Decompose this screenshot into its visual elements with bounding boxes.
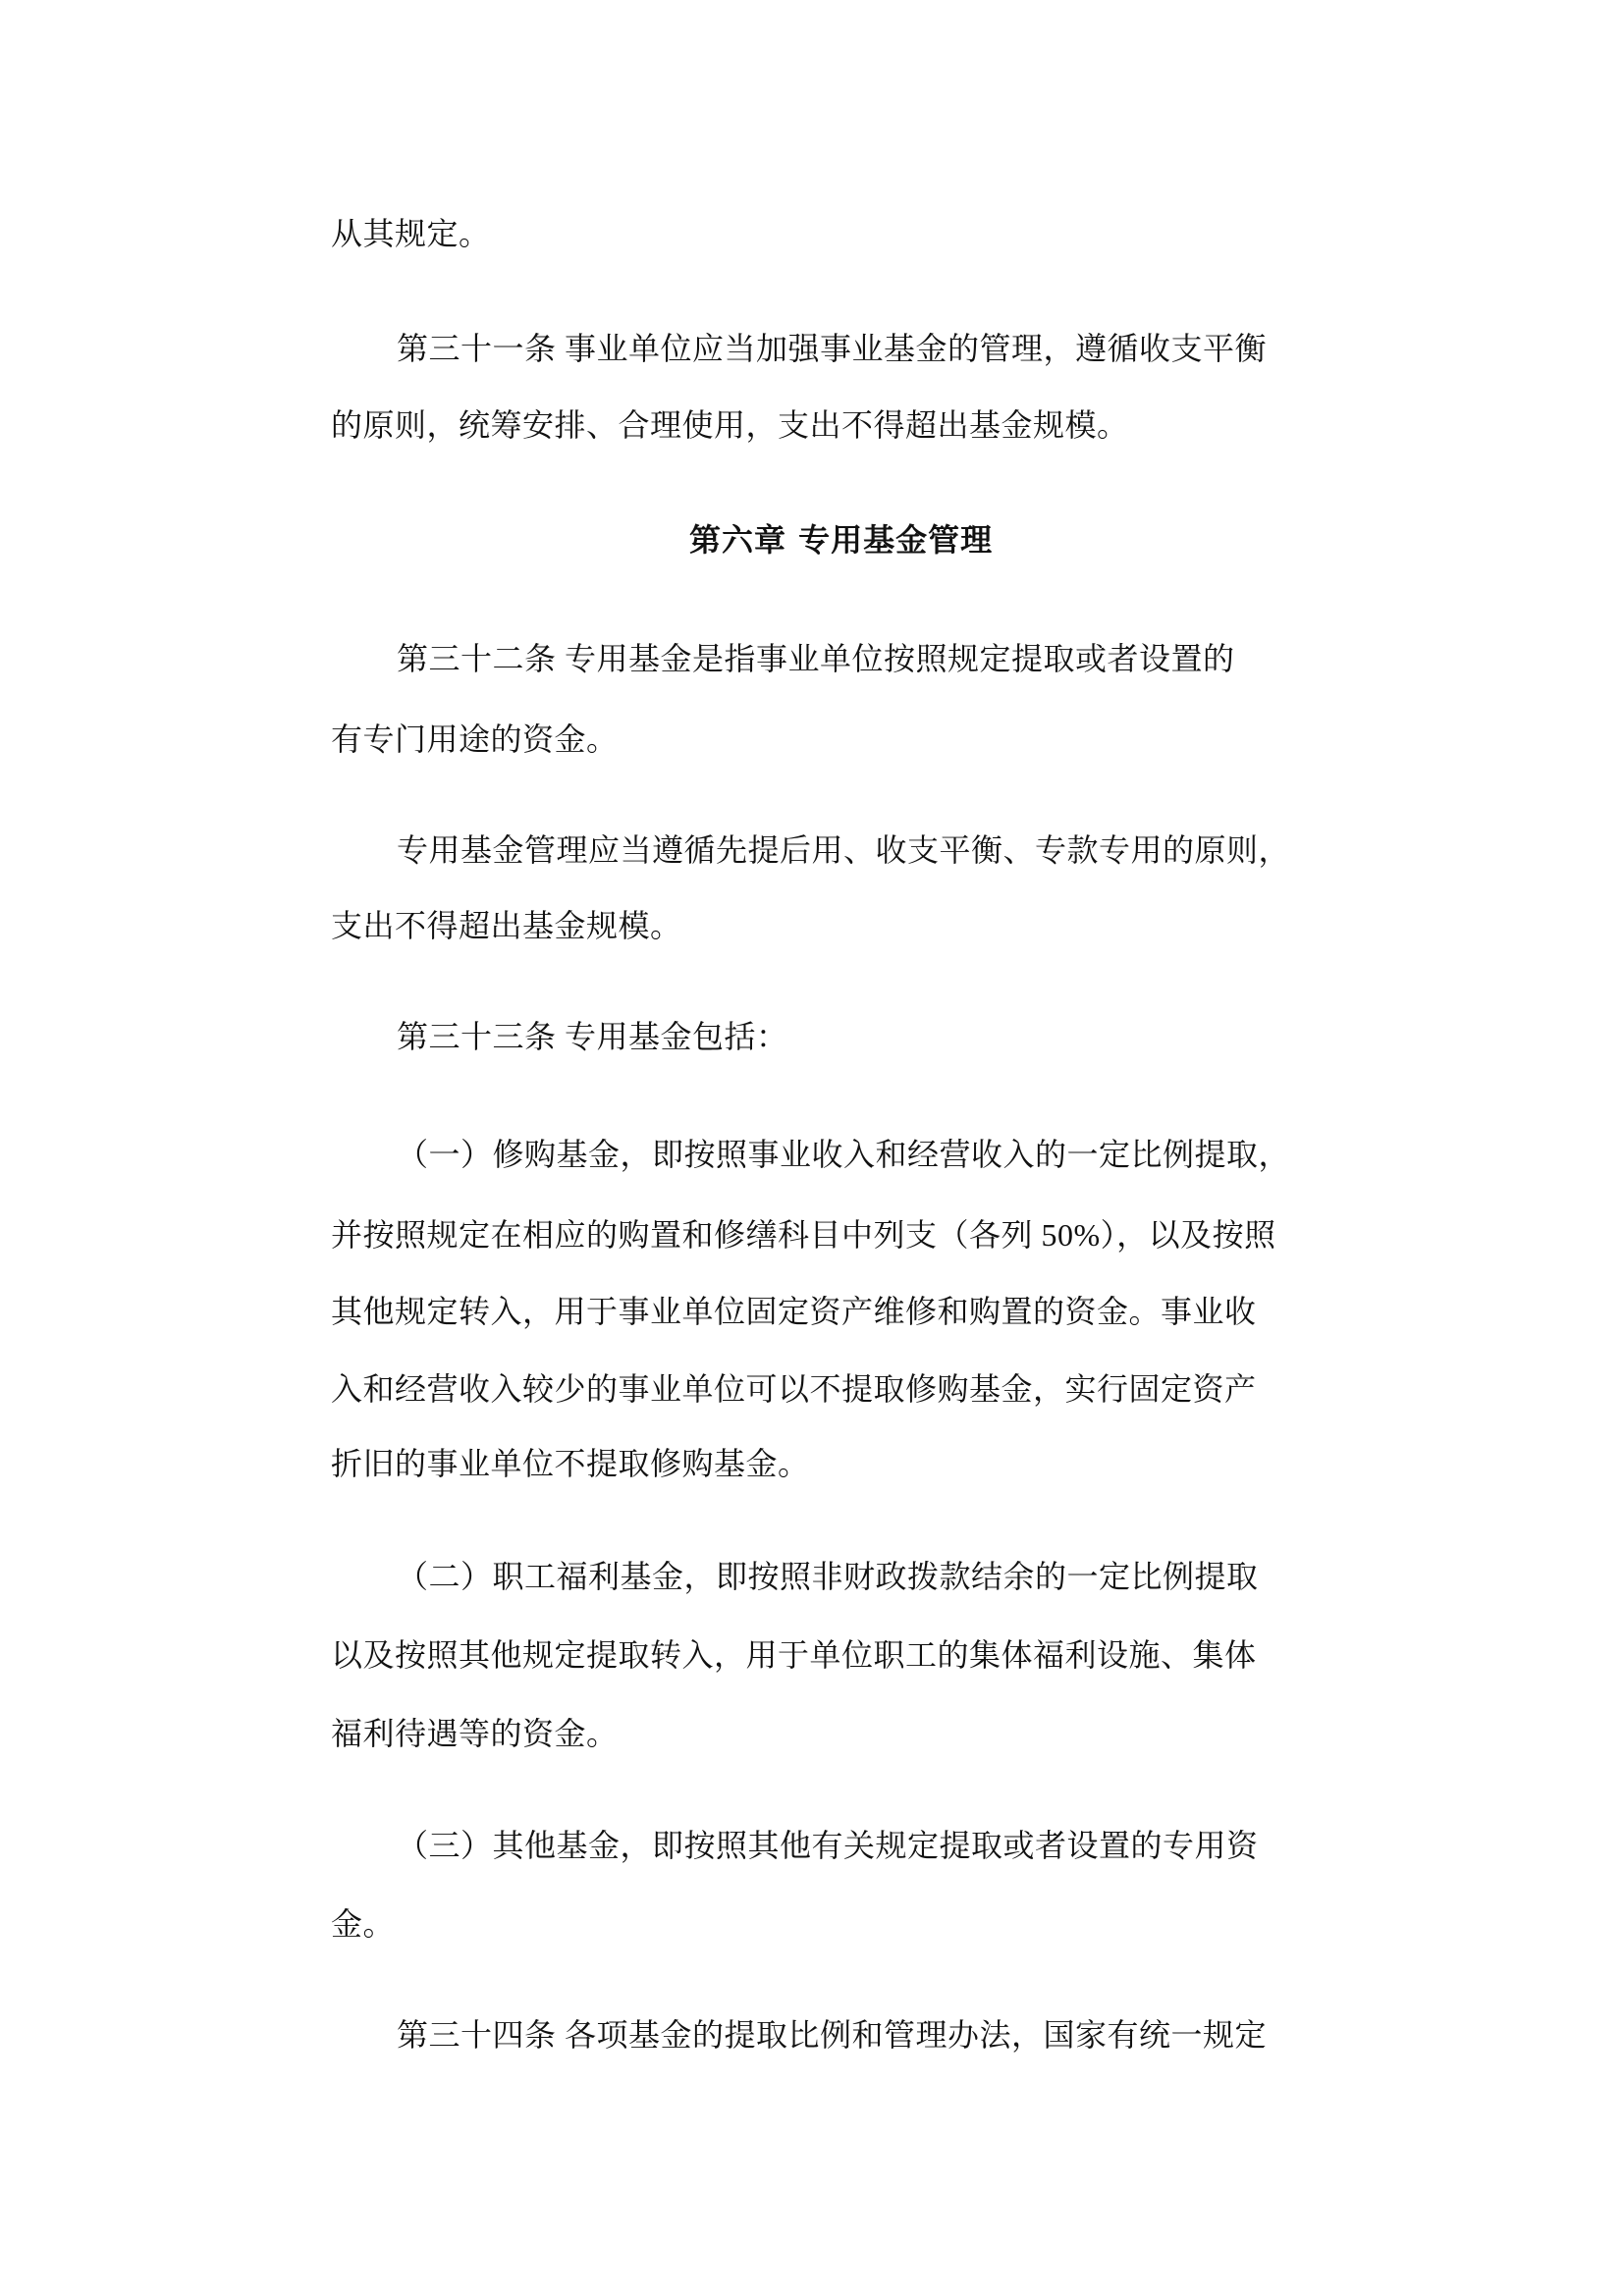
item-1-line-3: 其他规定转入，用于事业单位固定资产维修和购置的资金。事业收 xyxy=(331,1293,1257,1330)
item-1-line-4: 入和经营收入较少的事业单位可以不提取修购基金，实行固定资产 xyxy=(331,1370,1257,1408)
item-1-line-5: 折旧的事业单位不提取修购基金。 xyxy=(331,1445,810,1482)
article-32-line-2: 有专门用途的资金。 xyxy=(331,721,619,758)
article-31-line-1: 第三十一条 事业单位应当加强事业基金的管理，遵循收支平衡 xyxy=(397,330,1267,367)
article-33-line-1: 第三十三条 专用基金包括： xyxy=(397,1018,788,1055)
item-3-line-2: 金。 xyxy=(331,1905,395,1943)
item-2-line-3: 福利待遇等的资金。 xyxy=(331,1715,619,1752)
item-3-line-1: （三）其他基金，即按照其他有关规定提取或者设置的专用资 xyxy=(397,1827,1259,1864)
item-1-line-2: 并按照规定在相应的购置和修缮科目中列支（各列 50%），以及按照 xyxy=(331,1216,1276,1254)
item-2-line-2: 以及按照其他规定提取转入，用于单位职工的集体福利设施、集体 xyxy=(331,1636,1257,1674)
item-1-line-1: （一）修购基金，即按照事业收入和经营收入的一定比例提取， xyxy=(397,1136,1290,1173)
item-2-line-1: （二）职工福利基金，即按照非财政拨款结余的一定比例提取 xyxy=(397,1558,1259,1595)
chapter-heading: 第六章 专用基金管理 xyxy=(689,521,993,559)
article-34-line-1: 第三十四条 各项基金的提取比例和管理办法，国家有统一规定 xyxy=(397,2016,1267,2054)
article-31-line-2: 的原则，统筹安排、合理使用，支出不得超出基金规模。 xyxy=(331,406,1129,444)
article-32-line-1: 第三十二条 专用基金是指事业单位按照规定提取或者设置的 xyxy=(397,640,1235,677)
paragraph-line: 支出不得超出基金规模。 xyxy=(331,907,682,944)
text-line: 从其规定。 xyxy=(331,215,491,252)
paragraph-line: 专用基金管理应当遵循先提后用、收支平衡、专款专用的原则， xyxy=(397,831,1290,869)
